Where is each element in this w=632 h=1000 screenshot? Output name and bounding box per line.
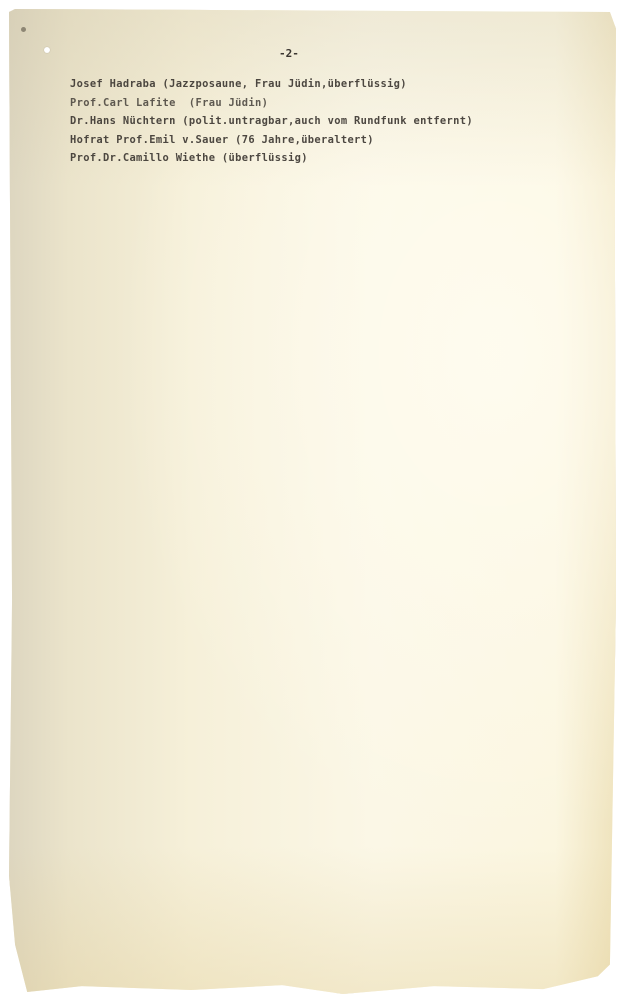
punch-hole	[44, 47, 50, 53]
name-list: Josef Hadraba (Jazzposaune, Frau Jüdin,ü…	[70, 75, 590, 168]
list-item: Dr.Hans Nüchtern (polit.untragbar,auch v…	[70, 112, 590, 131]
punch-hole-mark	[21, 27, 26, 32]
list-item: Hofrat Prof.Emil v.Sauer (76 Jahre,übera…	[70, 131, 590, 150]
list-item: Prof.Carl Lafite (Frau Jüdin)	[70, 94, 590, 113]
typewritten-page: -2- Josef Hadraba (Jazzposaune, Frau Jüd…	[9, 9, 616, 994]
list-item: Josef Hadraba (Jazzposaune, Frau Jüdin,ü…	[70, 75, 590, 94]
page-number: -2-	[279, 47, 299, 60]
list-item: Prof.Dr.Camillo Wiethe (überflüssig)	[70, 149, 590, 168]
